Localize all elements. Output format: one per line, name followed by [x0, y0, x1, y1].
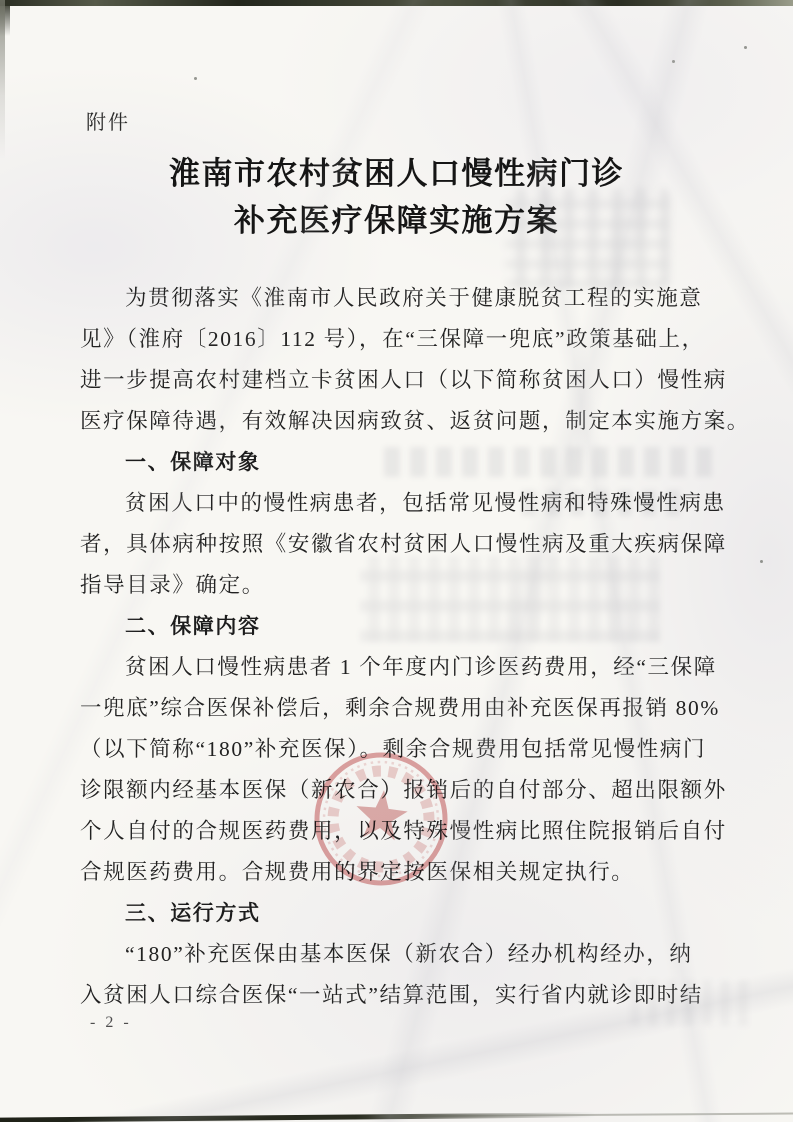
paragraph-line: （以下简称“180”补充医保）。剩余合规费用包括常见慢性病门 — [80, 729, 736, 770]
scan-speck — [672, 60, 675, 63]
paragraph-line: 个人自付的合规医药费用，以及特殊慢性病比照住院报销后自付 — [80, 811, 736, 852]
paragraph-line: 诊限额内经基本医保（新农合）报销后的自付部分、超出限额外 — [80, 770, 736, 811]
document-title: 淮南市农村贫困人口慢性病门诊 补充医疗保障实施方案 — [0, 150, 793, 244]
title-line-1: 淮南市农村贫困人口慢性病门诊 — [0, 150, 793, 197]
scan-speck — [194, 77, 197, 80]
attachment-label: 附件 — [86, 106, 130, 135]
document-body: 为贯彻落实《淮南市人民政府关于健康脱贫工程的实施意 见》（淮府〔2016〕112… — [80, 278, 736, 1016]
paragraph-line: 贫困人口中的慢性病患者，包括常见慢性病和特殊慢性病患 — [80, 483, 736, 524]
section3-heading: 三、运行方式 — [80, 893, 736, 934]
scan-edge-left — [0, 0, 5, 160]
paragraph-line: 合规医药费用。合规费用的界定按医保相关规定执行。 — [80, 852, 736, 893]
paragraph-line: 者，具体病种按照《安徽省农村贫困人口慢性病及重大疾病保障 — [80, 524, 736, 565]
paragraph-line: 医疗保障待遇，有效解决因病致贫、返贫问题，制定本实施方案。 — [80, 401, 736, 442]
paragraph-line: 入贫困人口综合医保“一站式”结算范围，实行省内就诊即时结 — [80, 975, 736, 1016]
paragraph-line: 为贯彻落实《淮南市人民政府关于健康脱贫工程的实施意 — [80, 278, 736, 319]
paragraph-line: 一兜底”综合医保补偿后，剩余合规费用由补充医保再报销 80% — [80, 688, 736, 729]
page-number: - 2 - — [90, 1014, 132, 1032]
paragraph-line: “180”补充医保由基本医保（新农合）经办机构经办，纳 — [80, 934, 736, 975]
paragraph-line: 指导目录》确定。 — [80, 565, 736, 606]
scan-speck — [760, 560, 763, 563]
section1-heading: 一、保障对象 — [80, 442, 736, 483]
paragraph-line: 进一步提高农村建档立卡贫困人口（以下简称贫困人口）慢性病 — [80, 360, 736, 401]
scan-edge-top — [0, 0, 793, 6]
paragraph-line: 见》（淮府〔2016〕112 号），在“三保障一兜底”政策基础上， — [80, 319, 736, 360]
scanned-document-page: 附件 淮南市农村贫困人口慢性病门诊 补充医疗保障实施方案 为贯彻落实《淮南市人民… — [0, 0, 793, 1122]
section2-heading: 二、保障内容 — [80, 606, 736, 647]
title-line-2: 补充医疗保障实施方案 — [0, 197, 793, 244]
scan-speck — [744, 46, 747, 49]
paragraph-line: 贫困人口慢性病患者 1 个年度内门诊医药费用，经“三保障 — [80, 647, 736, 688]
